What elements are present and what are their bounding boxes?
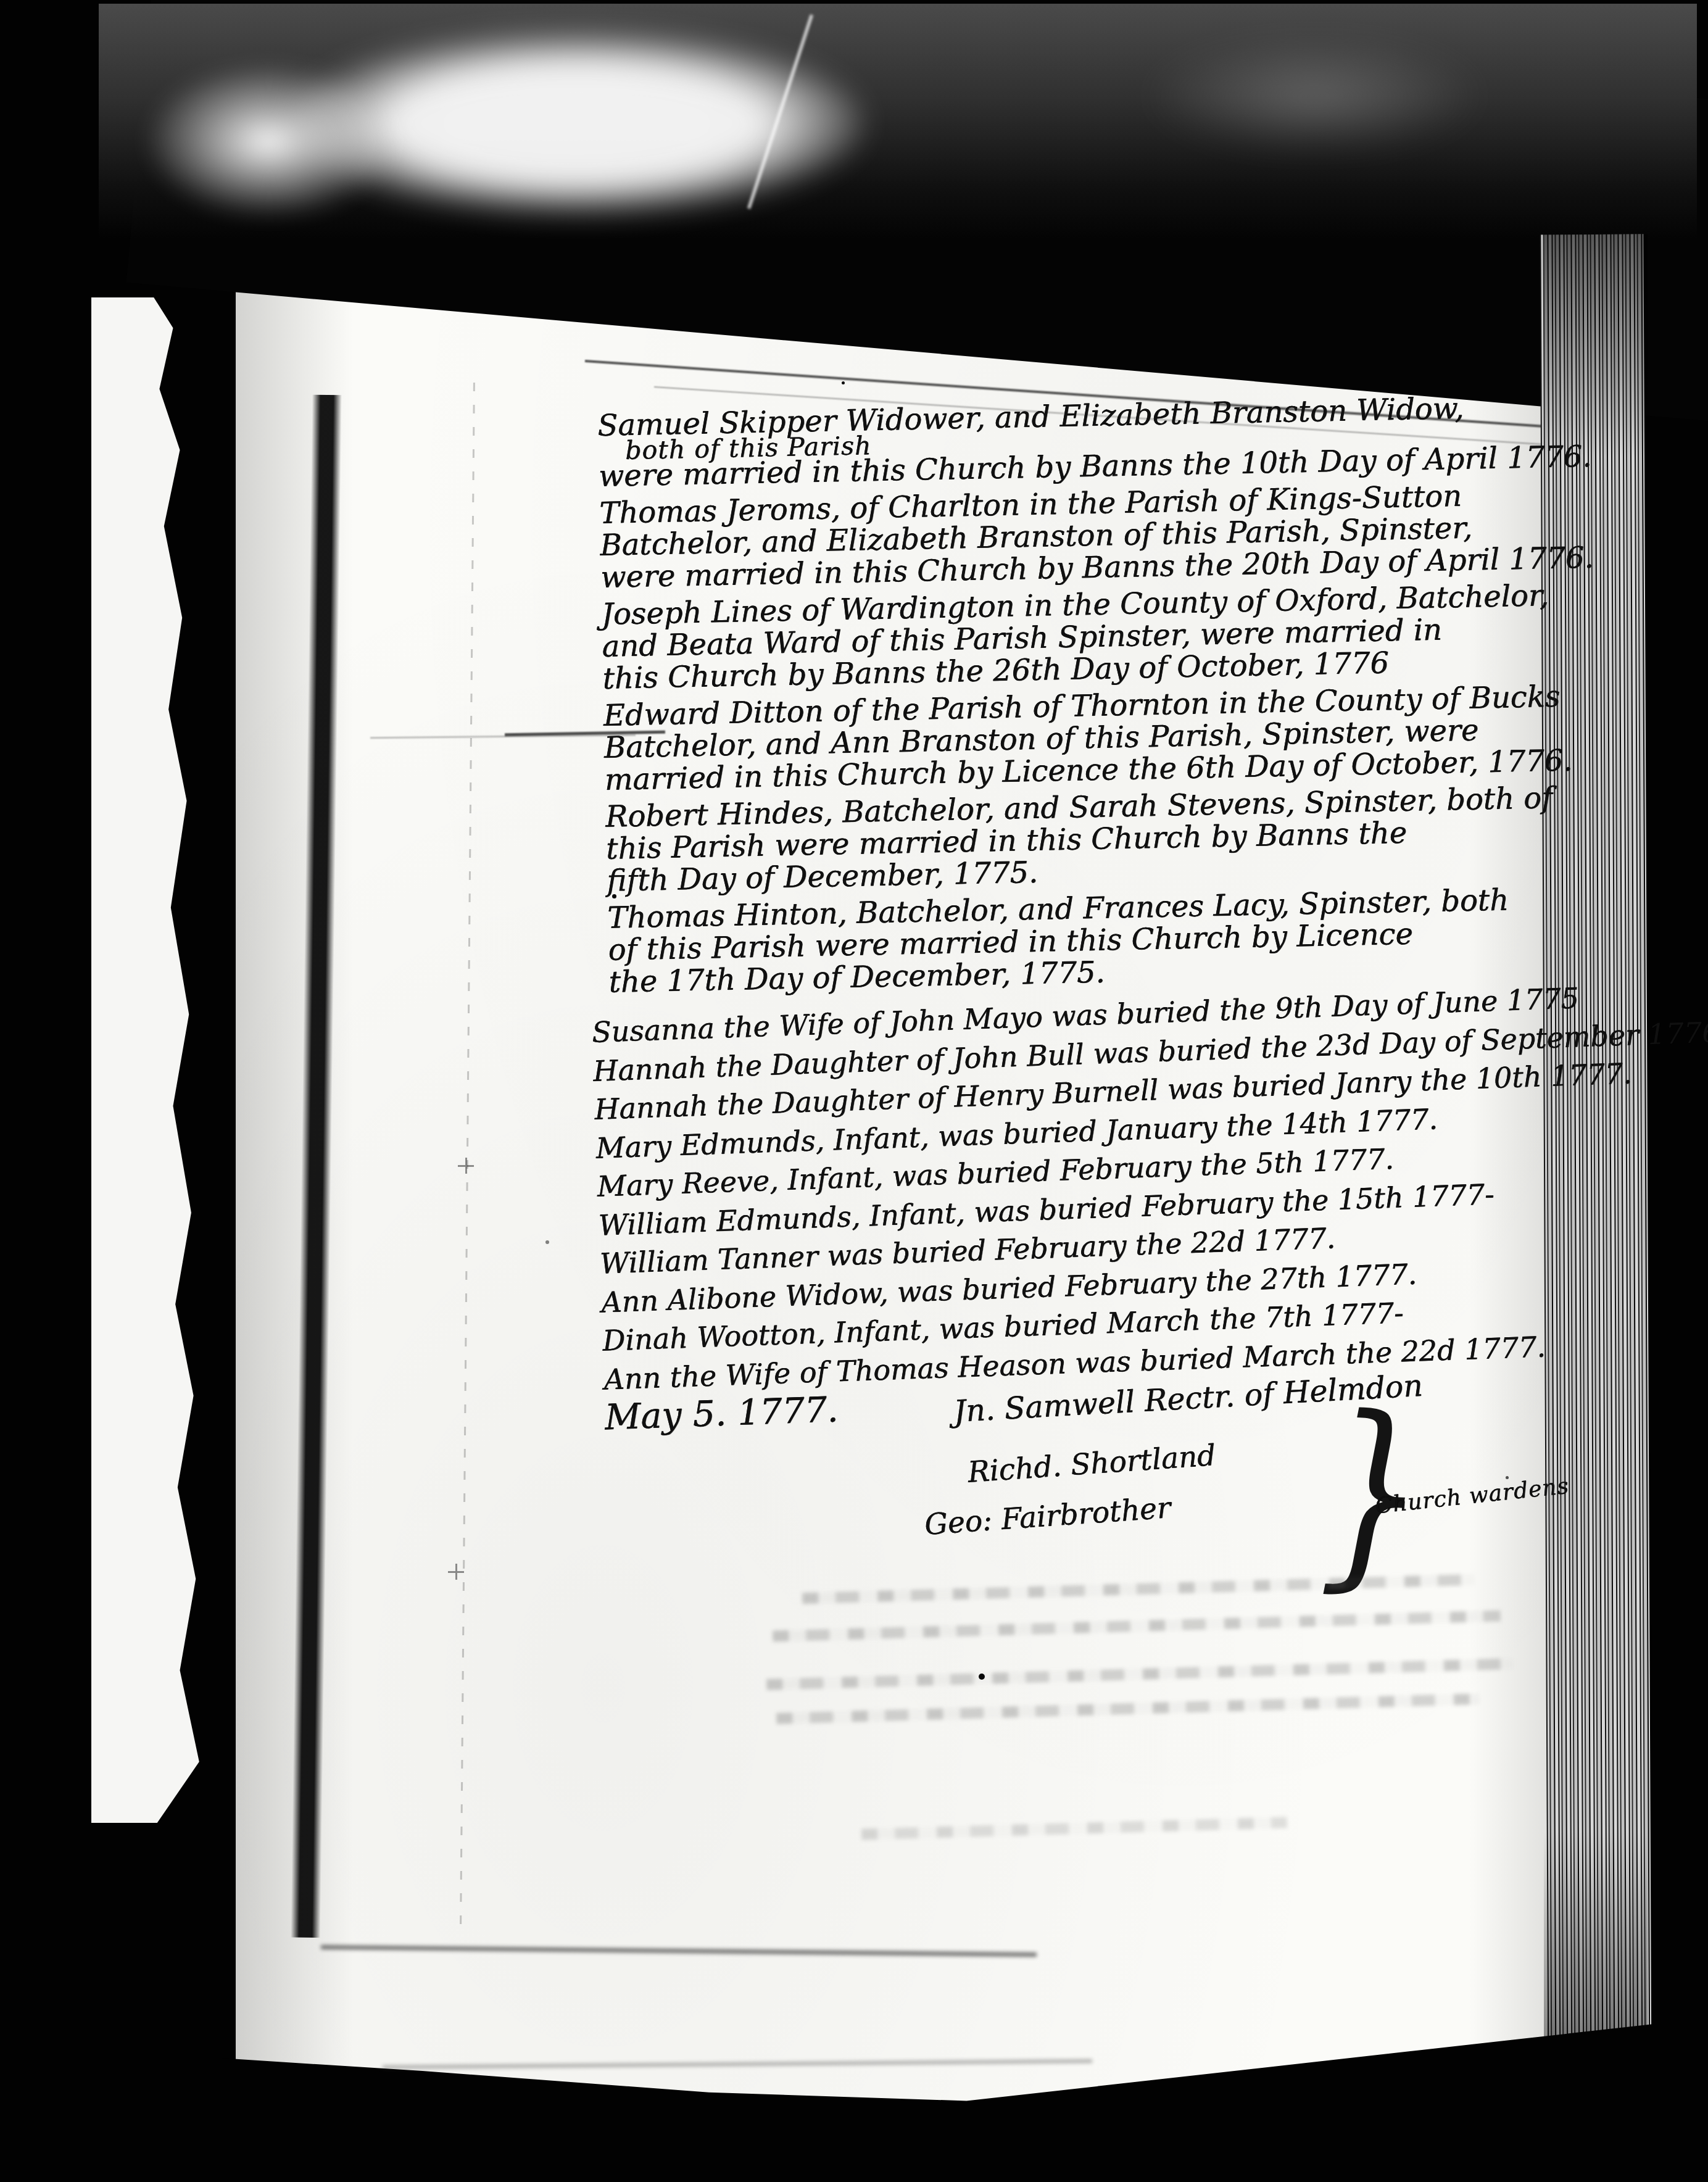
marriage-entries: Samuel Skipper Widower, and Elizabeth Br… [597,390,1584,1003]
marriage-record: Edward Ditton of the Parish of Thornton … [603,680,1580,796]
ink-speck [1506,1476,1509,1479]
ink-speck [612,894,616,898]
ink-speck [979,1674,985,1680]
light-flare [146,64,392,218]
registration-mark [458,1158,474,1174]
light-flare [1142,37,1487,154]
ink-speck [842,381,845,384]
ink-speck [545,1240,549,1244]
microfilm-scan: Samuel Skipper Widower, and Elizabeth Br… [0,0,1708,2182]
marriage-record: Joseph Lines of Wardington in the County… [601,579,1578,695]
burial-entries: Susanna the Wife of John Mayo was buried… [591,979,1591,1398]
attestation-date: May 5. 1777. [604,1389,839,1438]
registration-mark [448,1564,464,1580]
marriage-record: Samuel Skipper Widower, and Elizabeth Br… [597,390,1573,492]
marriage-record: Thomas Hinton, Batchelor, and Frances La… [607,882,1584,998]
marriage-record: Thomas Jeroms, of Charlton in the Parish… [599,478,1576,594]
marriage-record: Robert Hindes, Batchelor, and Sarah Stev… [605,781,1582,897]
torn-page-edge [91,297,205,1823]
